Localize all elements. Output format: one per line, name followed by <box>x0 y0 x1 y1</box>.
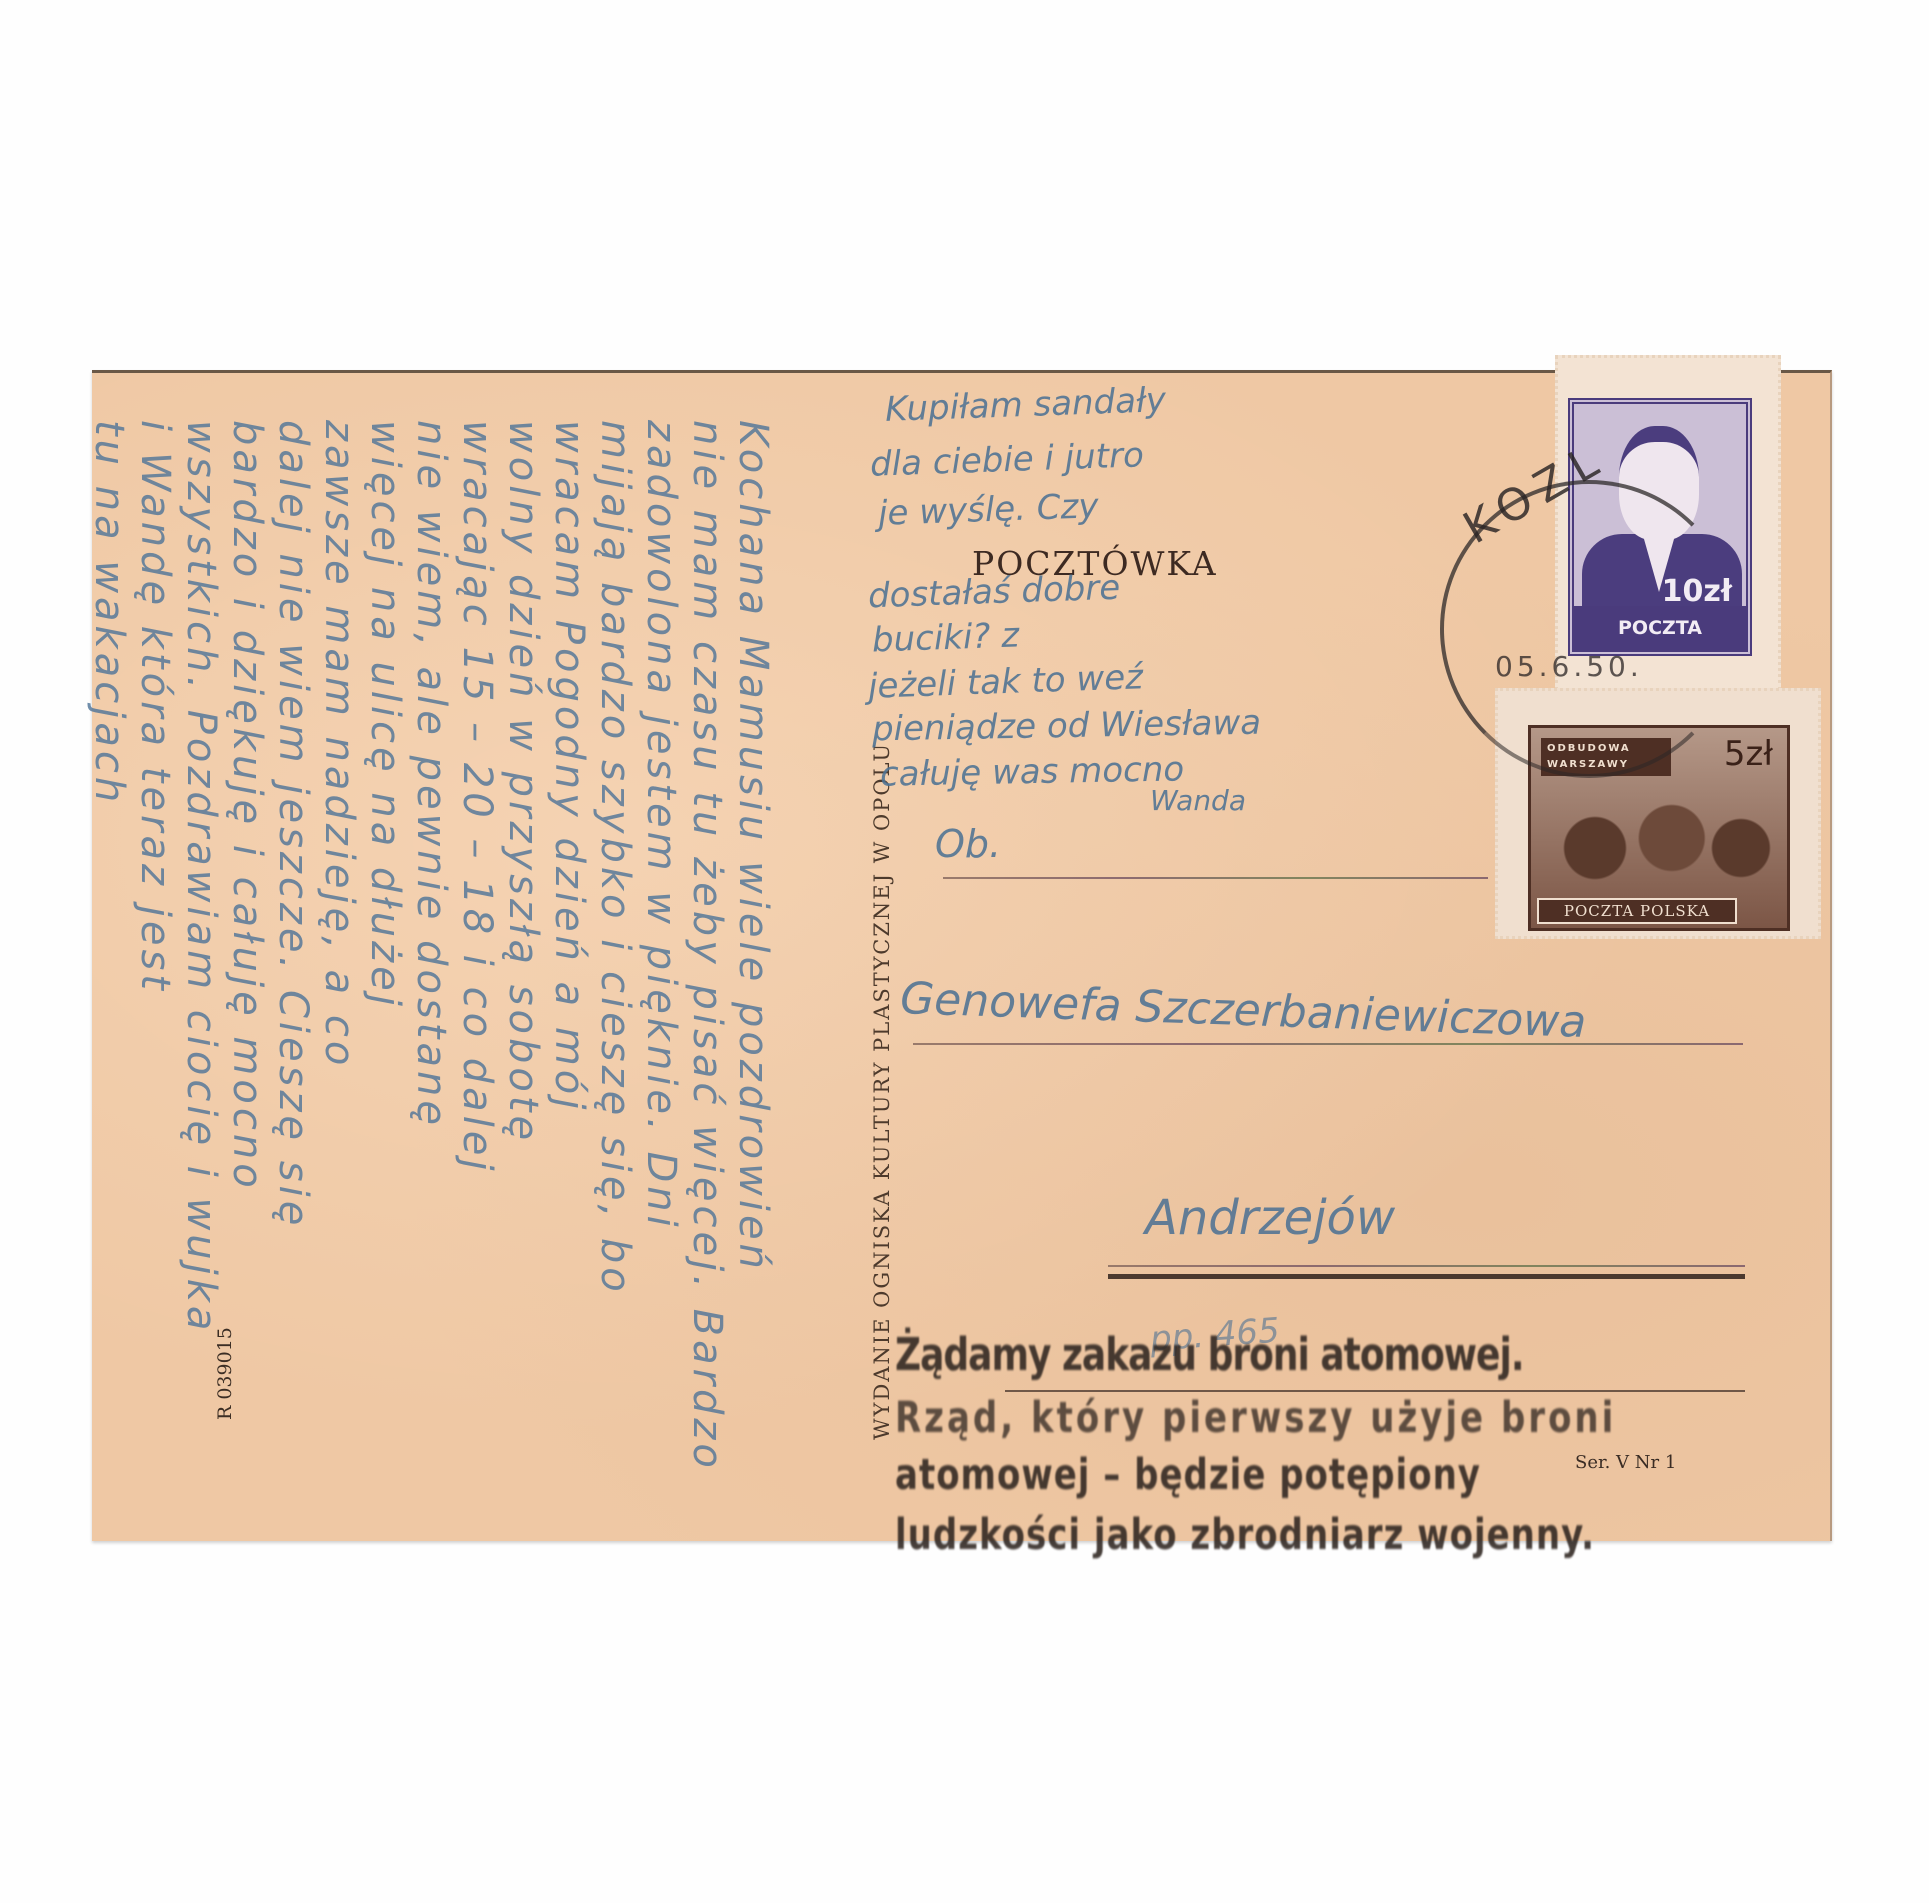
handwritten-line: bardzo i dziękuję i całuję mocno <box>224 420 270 1192</box>
address-line <box>913 1043 1743 1045</box>
slogan-line: atomowej – będzie potępiony <box>895 1450 1481 1500</box>
slogan-line: ludzkości jako zbrodniarz wojenny. <box>895 1510 1595 1560</box>
handwritten-line: i Wandę która teraz jest <box>132 420 178 994</box>
serial-number: R 039015 <box>214 1327 236 1420</box>
handwritten-line: zadowolona jestem w pięknie. Dni <box>638 420 684 1231</box>
slogan-line: Rząd, który pierwszy użyje broni <box>895 1393 1616 1443</box>
handwritten-line: nie wiem, ale pewnie dostanę <box>408 420 454 1129</box>
postmark-date: 05.6.50. <box>1495 650 1643 683</box>
handwritten-line: Wanda <box>1150 784 1246 817</box>
stamp-value: 5zł <box>1724 734 1773 774</box>
address-line <box>943 877 1488 879</box>
handwritten-line: wszystkich. Pozdrawiam ciocię i wujka <box>178 420 224 1334</box>
slogan-line: Żądamy zakazu broni atomowej. <box>895 1330 1524 1381</box>
handwritten-line: zawsze mam nadzieję, a co <box>316 420 362 1069</box>
handwritten-line: mijają bardzo szybko i cieszę się, bo <box>592 420 638 1296</box>
handwritten-line: wracając 15 – 20 – 18 i co dalej <box>454 420 500 1175</box>
handwritten-line: wolny dzień w przyszłą sobotę <box>500 420 546 1144</box>
handwritten-line: Kochana Mamusiu wiele pozdrowień <box>730 420 776 1273</box>
handwritten-line: wracam Pogodny dzień a mój <box>546 420 592 1113</box>
handwritten-line: nie mam czasu tu żeby pisać więcej. Bard… <box>684 420 730 1472</box>
address-line-thick <box>1108 1274 1745 1279</box>
handwritten-line: je wyślę. Czy <box>877 486 1099 534</box>
publisher-imprint: WYDANIE OGNISKA KULTURY PLASTYCZNEJ W OP… <box>870 742 894 1440</box>
handwritten-line: dalej nie wiem jeszcze. Cieszę się <box>270 420 316 1229</box>
handwritten-line: buciki? z <box>871 615 1019 660</box>
handwritten-line: pieniądze od Wiesława <box>872 703 1262 750</box>
series-number: Ser. V Nr 1 <box>1575 1452 1676 1473</box>
handwritten-line: całuję was mocno <box>880 749 1185 794</box>
handwritten-line: więcej na ulicę na dłużej <box>362 420 408 1010</box>
address-line <box>1108 1265 1745 1267</box>
address-line <box>1005 1390 1745 1392</box>
handwritten-line: tu na wakacjach <box>86 420 132 806</box>
addressee-town: Andrzejów <box>1145 1190 1395 1246</box>
stamp-label: POCZTA POLSKA <box>1537 898 1737 924</box>
addressee-prefix: Ob. <box>935 822 1001 866</box>
